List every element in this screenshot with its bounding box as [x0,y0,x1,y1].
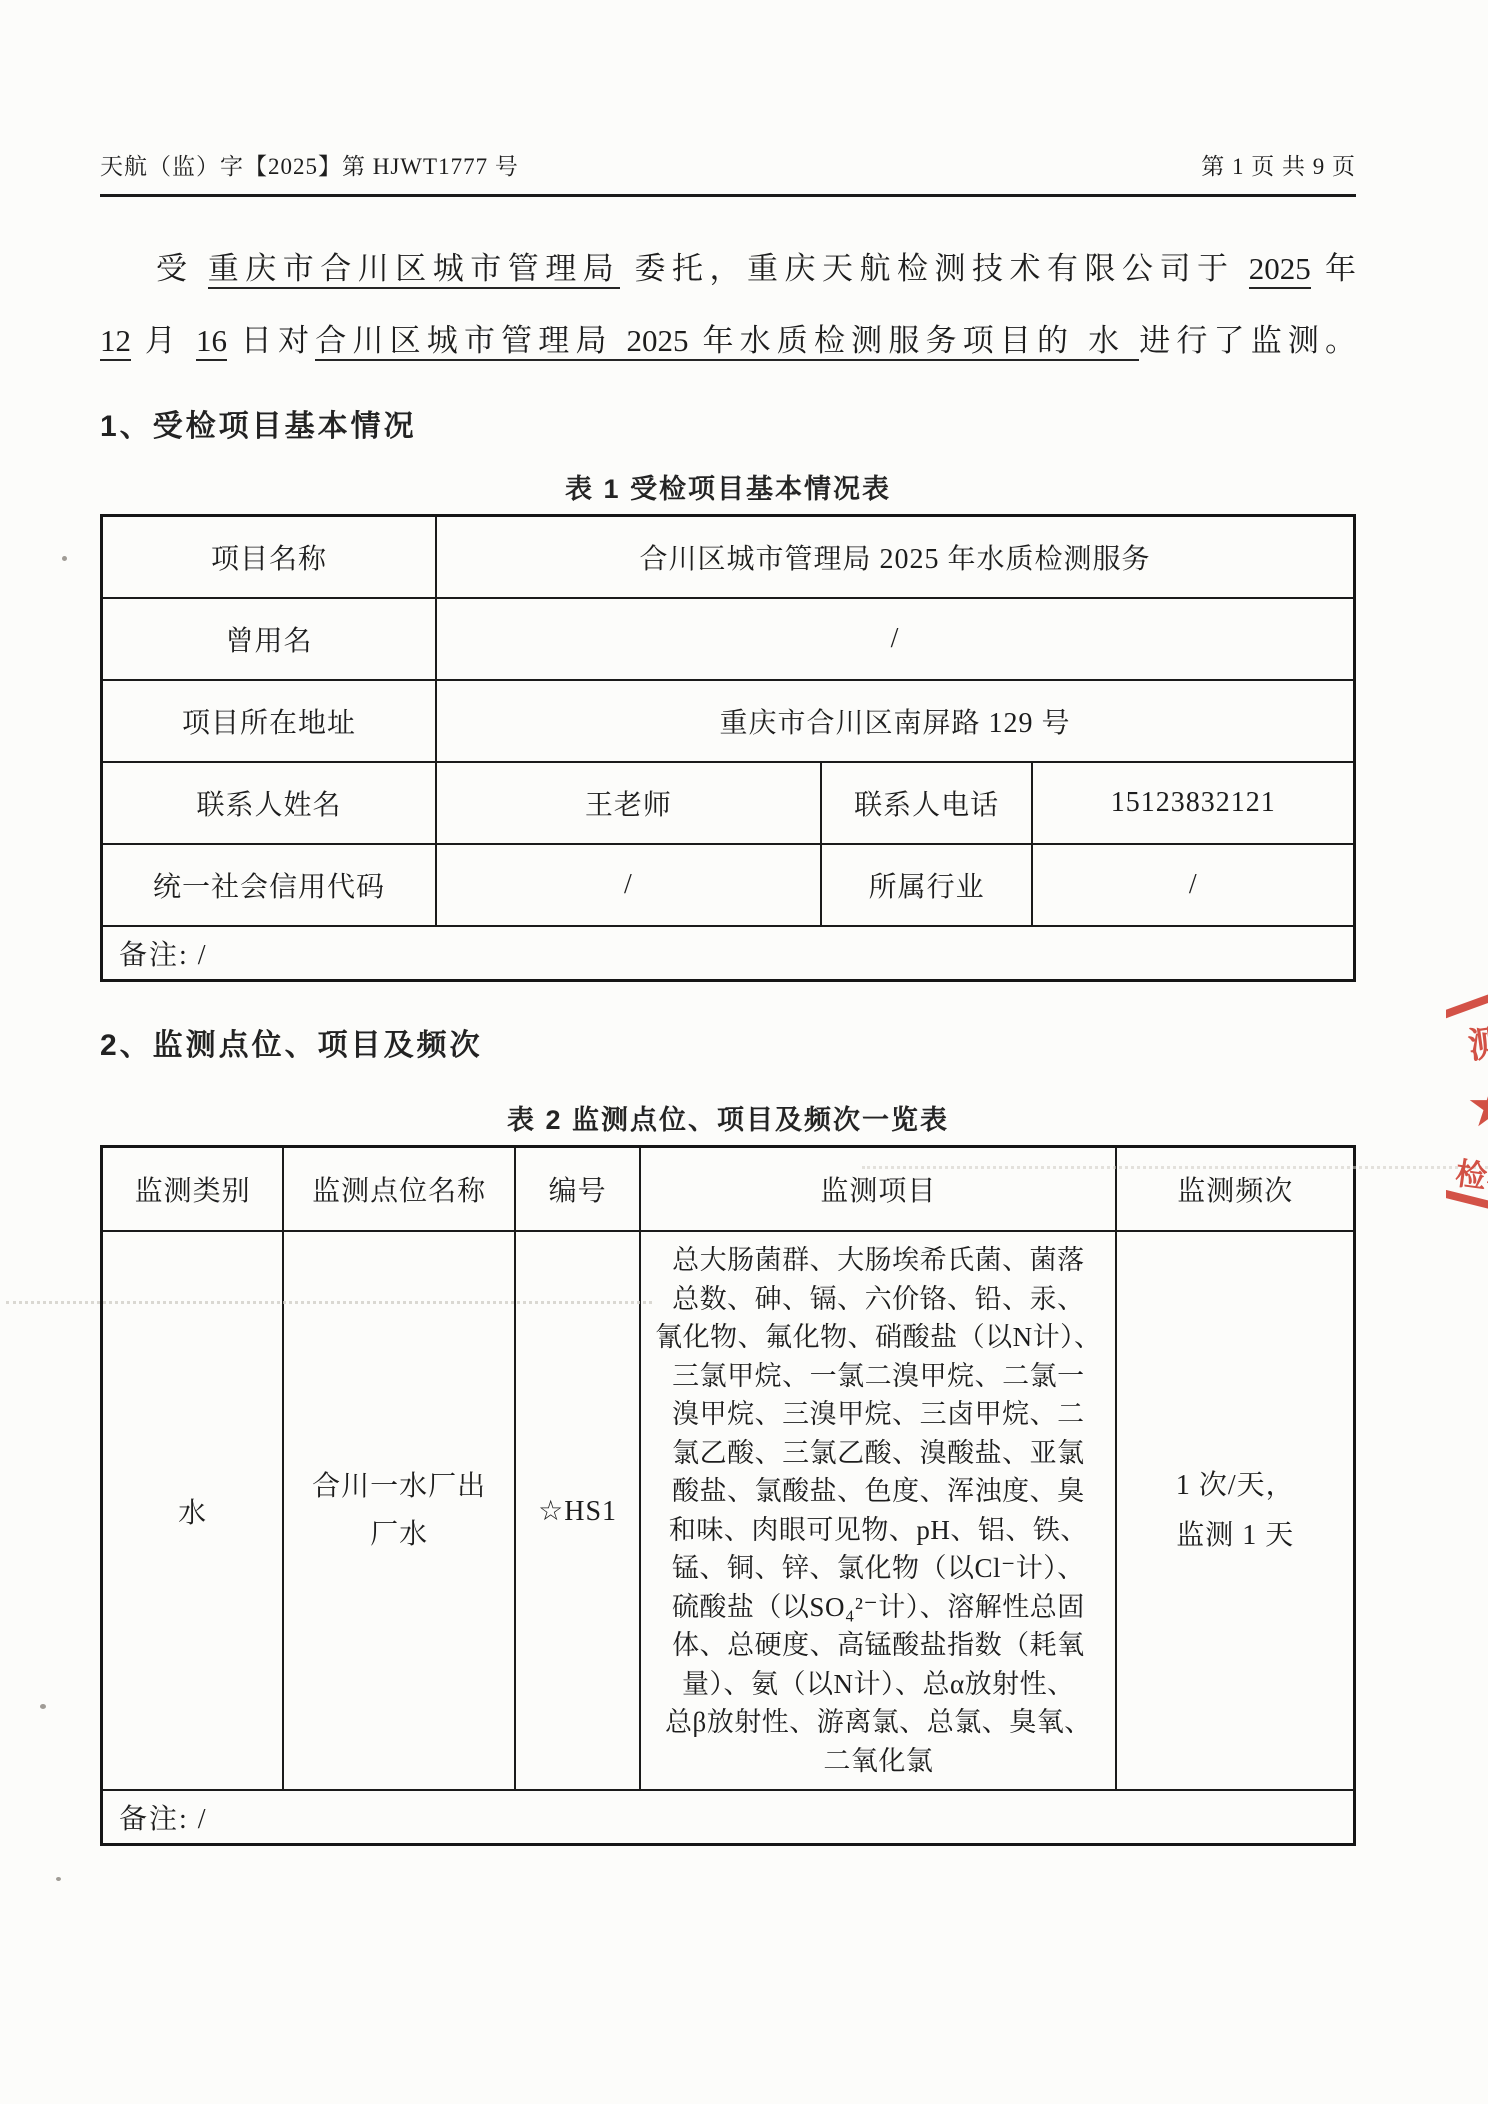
table-header-row: 监测类别 监测点位名称 编号 监测项目 监测频次 [102,1147,1355,1232]
document-number: 天航（监）字【2025】第 HJWT1777 号 [100,148,519,181]
monitoring-frequency: 1 次/天， 监测 1 天 [1116,1231,1354,1790]
address-label: 项目所在地址 [102,680,437,762]
intro-text: 月 [131,323,196,358]
intro-line-2: 12 月 16 日对合川区城市管理局 2025 年水质检测服务项目的 水 进行了… [100,305,1356,377]
project-name-underlined: 合川区城市管理局 2025 年水质检测服务项目的 [315,323,1074,361]
monitoring-point-name: 合川一水厂出 厂水 [283,1231,515,1790]
col-header-items: 监测项目 [640,1147,1116,1232]
table-2-caption: 表 2 监测点位、项目及频次一览表 [100,1098,1356,1137]
contact-name-label: 联系人姓名 [102,762,437,844]
stamp-character-top: 测 [1465,1014,1488,1070]
client-name-underlined: 重庆市合川区城市管理局 [208,251,621,289]
intro-text: 受 [156,251,208,286]
year-underlined: 2025 [1249,251,1311,289]
col-header-frequency: 监测频次 [1116,1147,1354,1232]
credit-code-label: 统一社会信用代码 [102,844,437,926]
intro-text: 进行了监测。 [1139,323,1356,358]
industry-label: 所属行业 [821,844,1033,926]
scan-speck [62,556,67,561]
monitoring-items: 总大肠菌群、大肠埃希氏菌、菌落 总数、砷、镉、六价铬、铅、汞、 氰化物、氟化物、… [640,1231,1116,1790]
document-header: 天航（监）字【2025】第 HJWT1777 号 第 1 页 共 9 页 [100,148,1356,197]
intro-text: 年 [1311,251,1356,286]
former-name-value: / [436,598,1354,680]
table-row: 水 合川一水厂出 厂水 ☆HS1 总大肠菌群、大肠埃希氏菌、菌落 总数、砷、镉、… [102,1231,1355,1790]
table-1-remark: 备注: / [102,926,1355,981]
former-name-label: 曾用名 [102,598,437,680]
month-underlined: 12 [100,323,131,361]
document-page: 天航（监）字【2025】第 HJWT1777 号 第 1 页 共 9 页 受 重… [0,0,1488,2104]
stamp-arc-top [1446,986,1488,1019]
intro-text: 委托，重庆天航检测技术有限公司于 [620,251,1249,286]
intro-line-1: 受 重庆市合川区城市管理局 委托，重庆天航检测技术有限公司于 2025 年 [100,233,1356,305]
table-1-basic-info: 项目名称 合川区城市管理局 2025 年水质检测服务 曾用名 / 项目所在地址 … [100,514,1356,982]
section-2-heading: 2、监测点位、项目及频次 [100,1020,1356,1064]
day-underlined: 16 [196,323,227,361]
monitoring-category: 水 [102,1231,284,1790]
industry-value: / [1032,844,1354,926]
stamp-arc-bottom [1446,1189,1488,1214]
table-1-caption: 表 1 受检项目基本情况表 [100,467,1356,506]
col-header-point-name: 监测点位名称 [283,1147,515,1232]
table-row: 统一社会信用代码 / 所属行业 / [102,844,1355,926]
contact-phone-value: 15123832121 [1032,762,1354,844]
scan-speck [40,1704,46,1709]
col-header-category: 监测类别 [102,1147,284,1232]
stamp-character-bottom: 检测 [1453,1148,1488,1201]
red-stamp-fragment: 测 ★ 检测 [1446,986,1488,1218]
page-number-info: 第 1 页 共 9 页 [1201,148,1356,181]
contact-phone-label: 联系人电话 [821,762,1033,844]
scan-speck [56,1877,61,1881]
project-name-label: 项目名称 [102,516,437,599]
fold-line-right [862,1166,1488,1169]
sample-type-underlined: 水 [1074,323,1139,361]
table-2-monitoring-plan: 监测类别 监测点位名称 编号 监测项目 监测频次 水 合川一水厂出 厂水 ☆HS… [100,1145,1356,1846]
table-row: 项目所在地址 重庆市合川区南屏路 129 号 [102,680,1355,762]
contact-name-value: 王老师 [436,762,821,844]
intro-paragraph: 受 重庆市合川区城市管理局 委托，重庆天航检测技术有限公司于 2025 年 12… [100,233,1356,377]
table-row: 备注: / [102,926,1355,981]
table-row: 项目名称 合川区城市管理局 2025 年水质检测服务 [102,516,1355,599]
table-row: 备注: / [102,1790,1355,1845]
credit-code-value: / [436,844,821,926]
stamp-star-icon: ★ [1466,1078,1488,1136]
section-1-heading: 1、受检项目基本情况 [100,401,1356,445]
col-header-code: 编号 [515,1147,640,1232]
intro-text: 日对 [227,323,315,358]
table-2-remark: 备注: / [102,1790,1355,1845]
table-row: 曾用名 / [102,598,1355,680]
table-row: 联系人姓名 王老师 联系人电话 15123832121 [102,762,1355,844]
fold-line-left [6,1301,652,1304]
page-content: 天航（监）字【2025】第 HJWT1777 号 第 1 页 共 9 页 受 重… [100,148,1356,1846]
project-name-value: 合川区城市管理局 2025 年水质检测服务 [436,516,1354,599]
monitoring-point-code: ☆HS1 [515,1231,640,1790]
address-value: 重庆市合川区南屏路 129 号 [436,680,1354,762]
